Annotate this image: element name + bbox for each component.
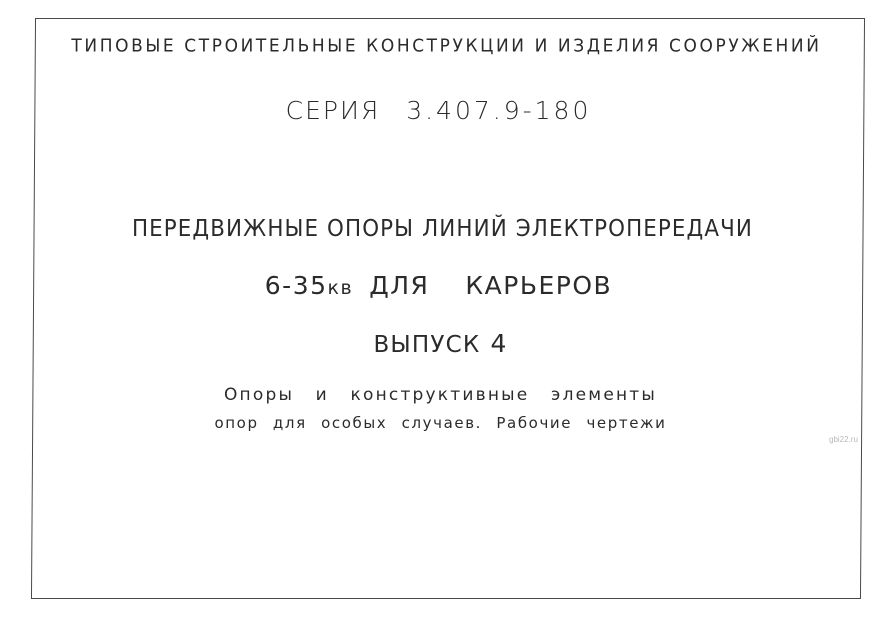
voltage-range: 6-35 xyxy=(265,271,328,300)
issue-number: 4 xyxy=(490,329,507,358)
subtitle-line-1: Опоры и конструктивные элементы xyxy=(2,385,877,405)
document-title-line-1: ПЕРЕДВИЖНЫЕ ОПОРЫ ЛИНИЙ ЭЛЕКТРОПЕРЕДАЧИ xyxy=(35,216,851,242)
series-line: СЕРИЯ3.407.9-180 xyxy=(0,96,877,125)
series-number: 3.407.9-180 xyxy=(406,96,591,125)
title-for: ДЛЯ xyxy=(369,271,429,300)
document-title-line-2: 6-35квДЛЯКАРЬЕРОВ xyxy=(0,271,877,300)
watermark: gbi22.ru xyxy=(829,435,858,444)
issue-label: ВЫПУСК xyxy=(373,332,480,358)
subtitle-line-2: опор для особых случаев. Рабочие чертежи xyxy=(2,414,877,432)
document-header: ТИПОВЫЕ СТРОИТЕЛЬНЫЕ КОНСТРУКЦИИ И ИЗДЕЛ… xyxy=(8,36,877,57)
title-object: КАРЬЕРОВ xyxy=(465,271,612,300)
voltage-unit: кв xyxy=(328,277,354,299)
series-label: СЕРИЯ xyxy=(286,96,381,125)
issue-line: ВЫПУСК4 xyxy=(2,329,877,358)
document-page: ТИПОВЫЕ СТРОИТЕЛЬНЫЕ КОНСТРУКЦИИ И ИЗДЕЛ… xyxy=(0,0,877,627)
